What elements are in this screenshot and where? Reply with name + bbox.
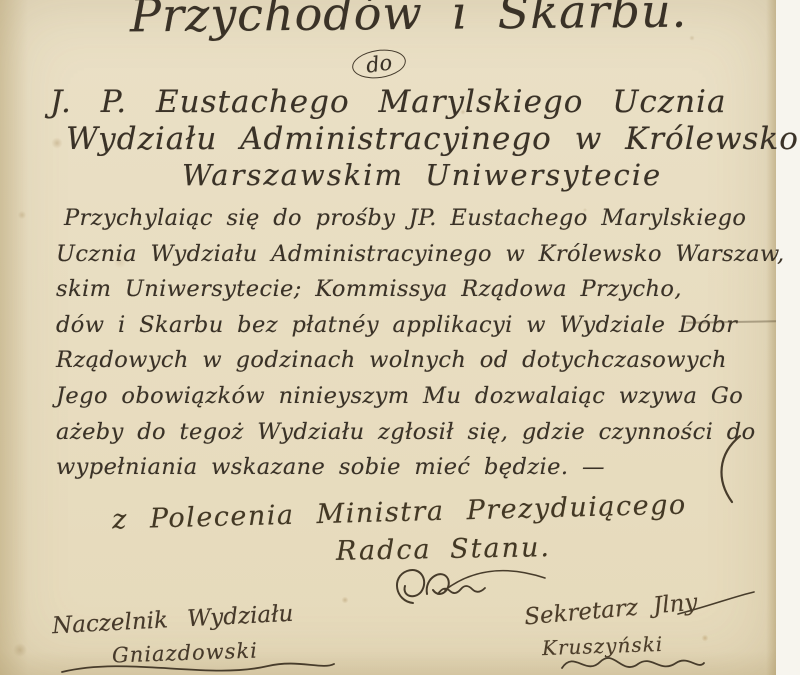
body-line: dów i Skarbu bez płatnéy applikacyi w Wy… (56, 308, 772, 344)
body-line: skim Uniwersytecie; Kommissya Rządowa Pr… (56, 272, 772, 308)
left-signature-underline-icon (58, 656, 338, 675)
document-title: Przychodów i Skarbu. (130, 0, 688, 42)
closing-line: z Polecenia Ministra Prezyduiącego (112, 489, 687, 535)
left-signatory-title: Naczelnik Wydziału (51, 601, 294, 640)
document-page: Przychodów i Skarbu. do J. P. Eustachego… (0, 0, 776, 675)
body-line: wypełniania wskazane sobie mieć będzie. … (56, 450, 772, 486)
closing-paren-flourish-icon (702, 432, 744, 504)
body-paragraph: Przychylaiąc się do prośby JP. Eustacheg… (56, 201, 772, 486)
addressee-line-2: Wydziału Administracyinego w Królewsko (66, 121, 799, 157)
body-line: Jego obowiązków ninieyszym Mu dozwalaiąc… (56, 379, 772, 415)
right-signature-tail-icon (676, 590, 756, 616)
body-line: Przychylaiąc się do prośby JP. Eustacheg… (64, 201, 772, 237)
addressee-label-oval: do (350, 46, 407, 81)
addressee-line-3: Warszawskim Uniwersytecie (182, 158, 662, 192)
body-line: ażeby do tegoż Wydziału zgłosił się, gdz… (56, 415, 772, 451)
body-line: Ucznia Wydziału Administracyinego w Król… (56, 237, 772, 273)
body-line: Rządowych w godzinach wolnych od dotychc… (56, 343, 772, 379)
right-signatory-title: Sekretarz Jlny (523, 589, 698, 630)
right-signature-paraph-icon (556, 654, 706, 675)
closing-role: Radca Stanu. (336, 532, 551, 567)
addressee-line-1: J. P. Eustachego Marylskiego Ucznia (50, 84, 726, 120)
